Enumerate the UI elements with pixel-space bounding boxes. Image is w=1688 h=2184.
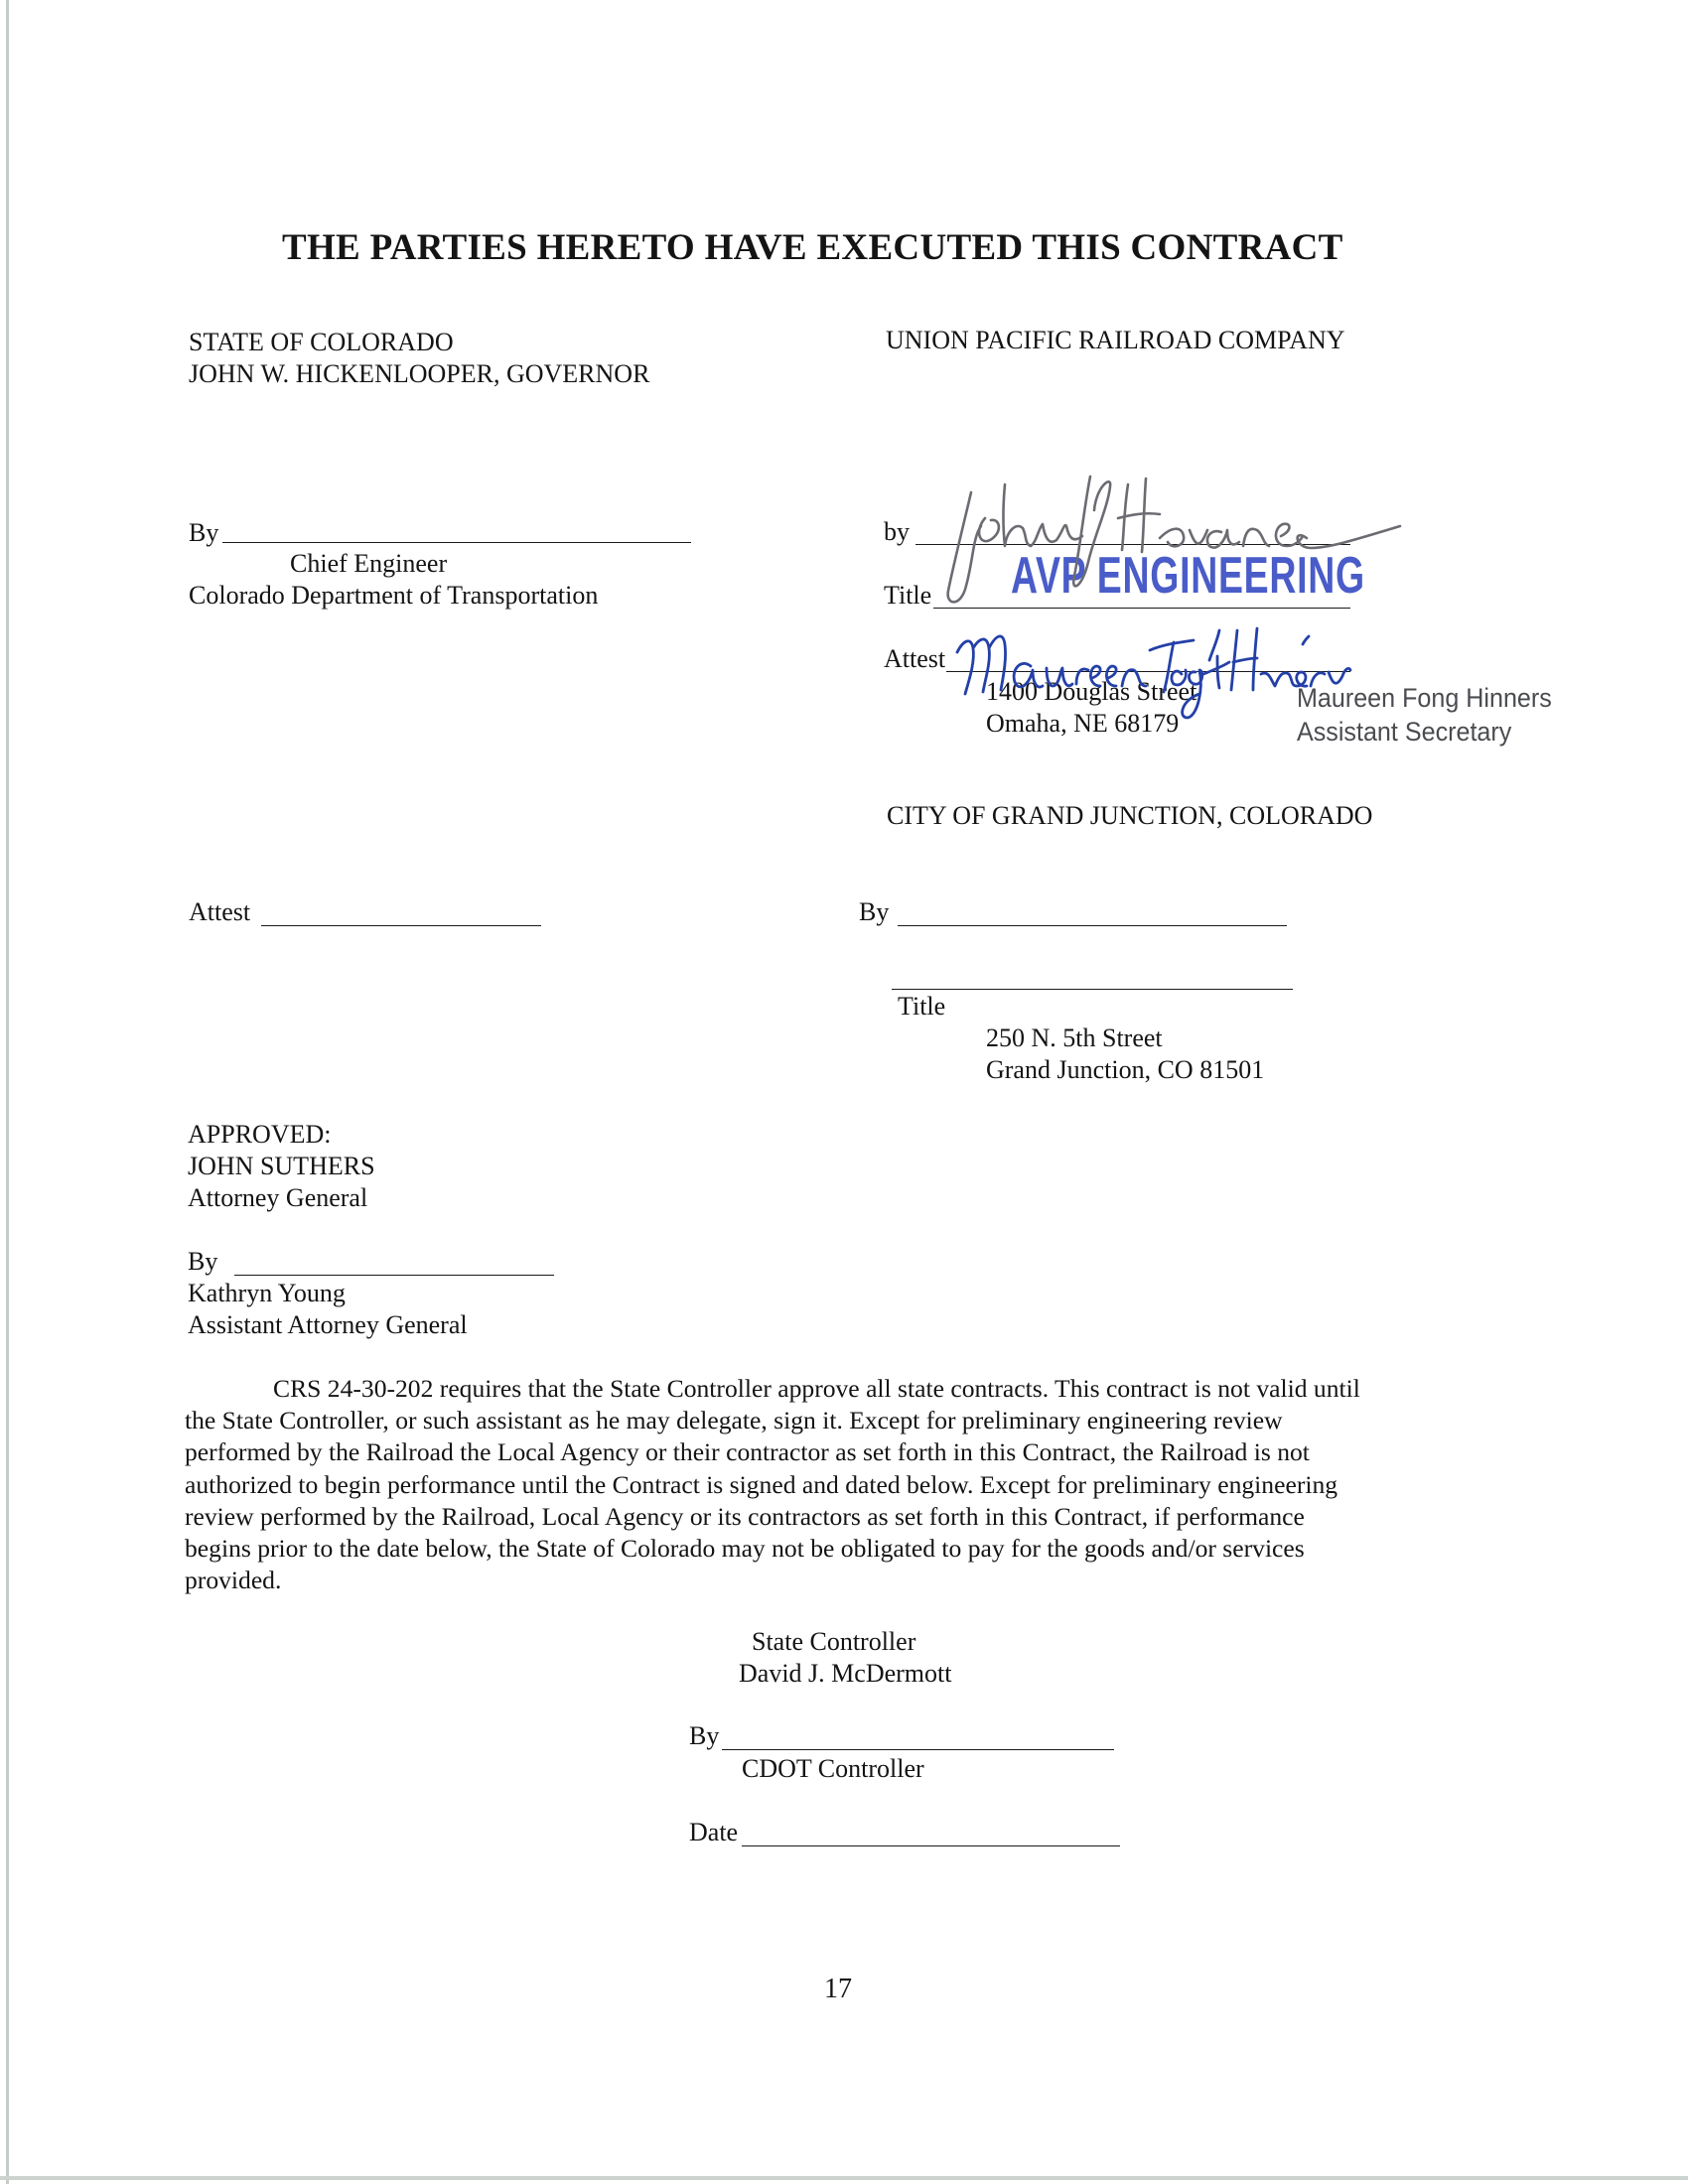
railroad-attest-label: Attest	[884, 646, 945, 672]
controller-date-line[interactable]	[742, 1845, 1120, 1846]
notice-line: authorized to begin performance until th…	[185, 1469, 1505, 1501]
railroad-by-label: by	[884, 519, 910, 545]
state-department: Colorado Department of Transportation	[189, 583, 598, 609]
ag-by-label: By	[188, 1249, 217, 1275]
city-address-line1: 250 N. 5th Street	[986, 1025, 1163, 1051]
notice-line: CRS 24-30-202 requires that the State Co…	[185, 1373, 1505, 1405]
railroad-title-label: Title	[884, 583, 931, 609]
controller-date-label: Date	[689, 1820, 738, 1845]
ag-title: Attorney General	[188, 1185, 367, 1211]
city-title-line[interactable]	[892, 989, 1293, 990]
controller-signature-line[interactable]	[722, 1749, 1114, 1750]
city-entity: CITY OF GRAND JUNCTION, COLORADO	[887, 803, 1372, 829]
railroad-attest-signature	[943, 601, 1360, 730]
state-signer-title: Chief Engineer	[290, 551, 447, 577]
page-number: 17	[824, 1974, 852, 2005]
state-attest-label: Attest	[189, 899, 250, 925]
ag-name: JOHN SUTHERS	[188, 1154, 375, 1179]
page-title: THE PARTIES HERETO HAVE EXECUTED THIS CO…	[282, 226, 1343, 269]
city-by-label: By	[859, 899, 889, 925]
state-signature-line[interactable]	[222, 542, 691, 543]
ag-approved-label: APPROVED:	[188, 1122, 331, 1148]
notice-line: review performed by the Railroad, Local …	[185, 1501, 1505, 1533]
notice-line: performed by the Railroad the Local Agen…	[185, 1436, 1505, 1468]
notice-line: the State Controller, or such assistant …	[185, 1405, 1505, 1436]
state-entity: STATE OF COLORADO	[189, 330, 454, 355]
ag-assistant-title: Assistant Attorney General	[188, 1312, 468, 1338]
notice-line: begins prior to the date below, the Stat…	[185, 1533, 1505, 1565]
controller-notice-paragraph: CRS 24-30-202 requires that the State Co…	[185, 1373, 1505, 1596]
state-by-label: By	[189, 520, 218, 546]
city-address-line2: Grand Junction, CO 81501	[986, 1057, 1264, 1083]
controller-signer-title: CDOT Controller	[742, 1756, 924, 1782]
state-governor: JOHN W. HICKENLOOPER, GOVERNOR	[189, 361, 649, 387]
ag-signature-line[interactable]	[234, 1275, 554, 1276]
notice-line: provided.	[185, 1565, 1505, 1596]
scan-edge-left	[6, 0, 9, 2184]
ag-assistant-name: Kathryn Young	[188, 1281, 346, 1306]
controller-by-label: By	[689, 1723, 719, 1749]
controller-name: David J. McDermott	[739, 1661, 951, 1687]
railroad-entity: UNION PACIFIC RAILROAD COMPANY	[886, 328, 1345, 353]
controller-title: State Controller	[752, 1629, 915, 1655]
city-signature-line[interactable]	[898, 925, 1287, 926]
city-title-label: Title	[898, 994, 945, 1020]
railroad-by-signature	[933, 467, 1410, 615]
scan-edge-bottom	[0, 2176, 1688, 2180]
state-attest-line[interactable]	[261, 925, 541, 926]
